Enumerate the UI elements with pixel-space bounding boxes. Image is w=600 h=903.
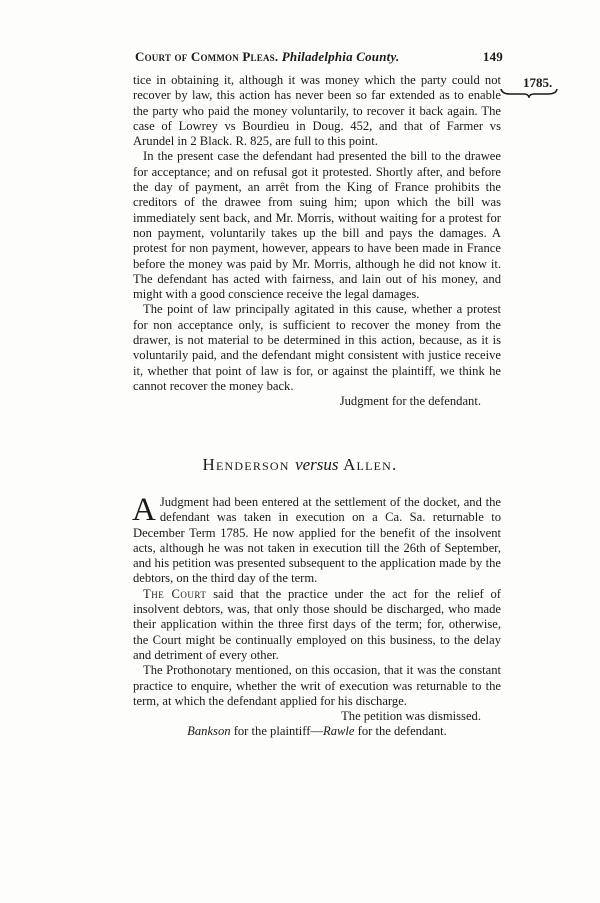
counsel-line: Bankson for the plaintiff—Rawle for the … <box>133 724 501 739</box>
defendant-name: Allen. <box>343 455 397 474</box>
plaintiff-counsel-role: for the plaintiff— <box>231 724 323 738</box>
paragraph: The Prothonotary mentioned, on this occa… <box>133 663 501 709</box>
plaintiff-name: Henderson <box>203 455 290 474</box>
drop-cap: A <box>132 496 156 524</box>
case-title: Henderson versus Allen. <box>0 455 600 475</box>
plaintiff-counsel: Bankson <box>187 724 230 738</box>
paragraph: tice in obtaining it, although it was mo… <box>133 73 501 149</box>
paragraph: In the present case the defendant had pr… <box>133 149 501 302</box>
defendant-counsel: Rawle <box>323 724 354 738</box>
defendant-counsel-role: for the defendant. <box>354 724 446 738</box>
paragraph-text: Judgment had been entered at the settlem… <box>133 495 501 585</box>
paragraph: The Court said that the practice under t… <box>133 587 501 663</box>
paragraph: The point of law principally agitated in… <box>133 302 501 394</box>
case-text: AJudgment had been entered at the settle… <box>133 495 501 740</box>
book-page: Court of Common Pleas. Philadelphia Coun… <box>0 0 600 903</box>
court-label: The Court <box>143 587 206 601</box>
running-head-title: Court of Common Pleas. Philadelphia Coun… <box>135 49 399 65</box>
versus-label: versus <box>295 455 338 474</box>
opinion-text: tice in obtaining it, although it was mo… <box>133 73 501 410</box>
judgment-line: Judgment for the defendant. <box>133 394 501 409</box>
county-name: Philadelphia County. <box>282 49 400 64</box>
brace-icon <box>500 88 558 98</box>
disposition-line: The petition was dismissed. <box>133 709 501 724</box>
court-name: Court of Common Pleas. <box>135 49 282 64</box>
page-number: 149 <box>483 49 503 65</box>
running-head: Court of Common Pleas. Philadelphia Coun… <box>131 49 503 67</box>
paragraph: AJudgment had been entered at the settle… <box>133 495 501 587</box>
